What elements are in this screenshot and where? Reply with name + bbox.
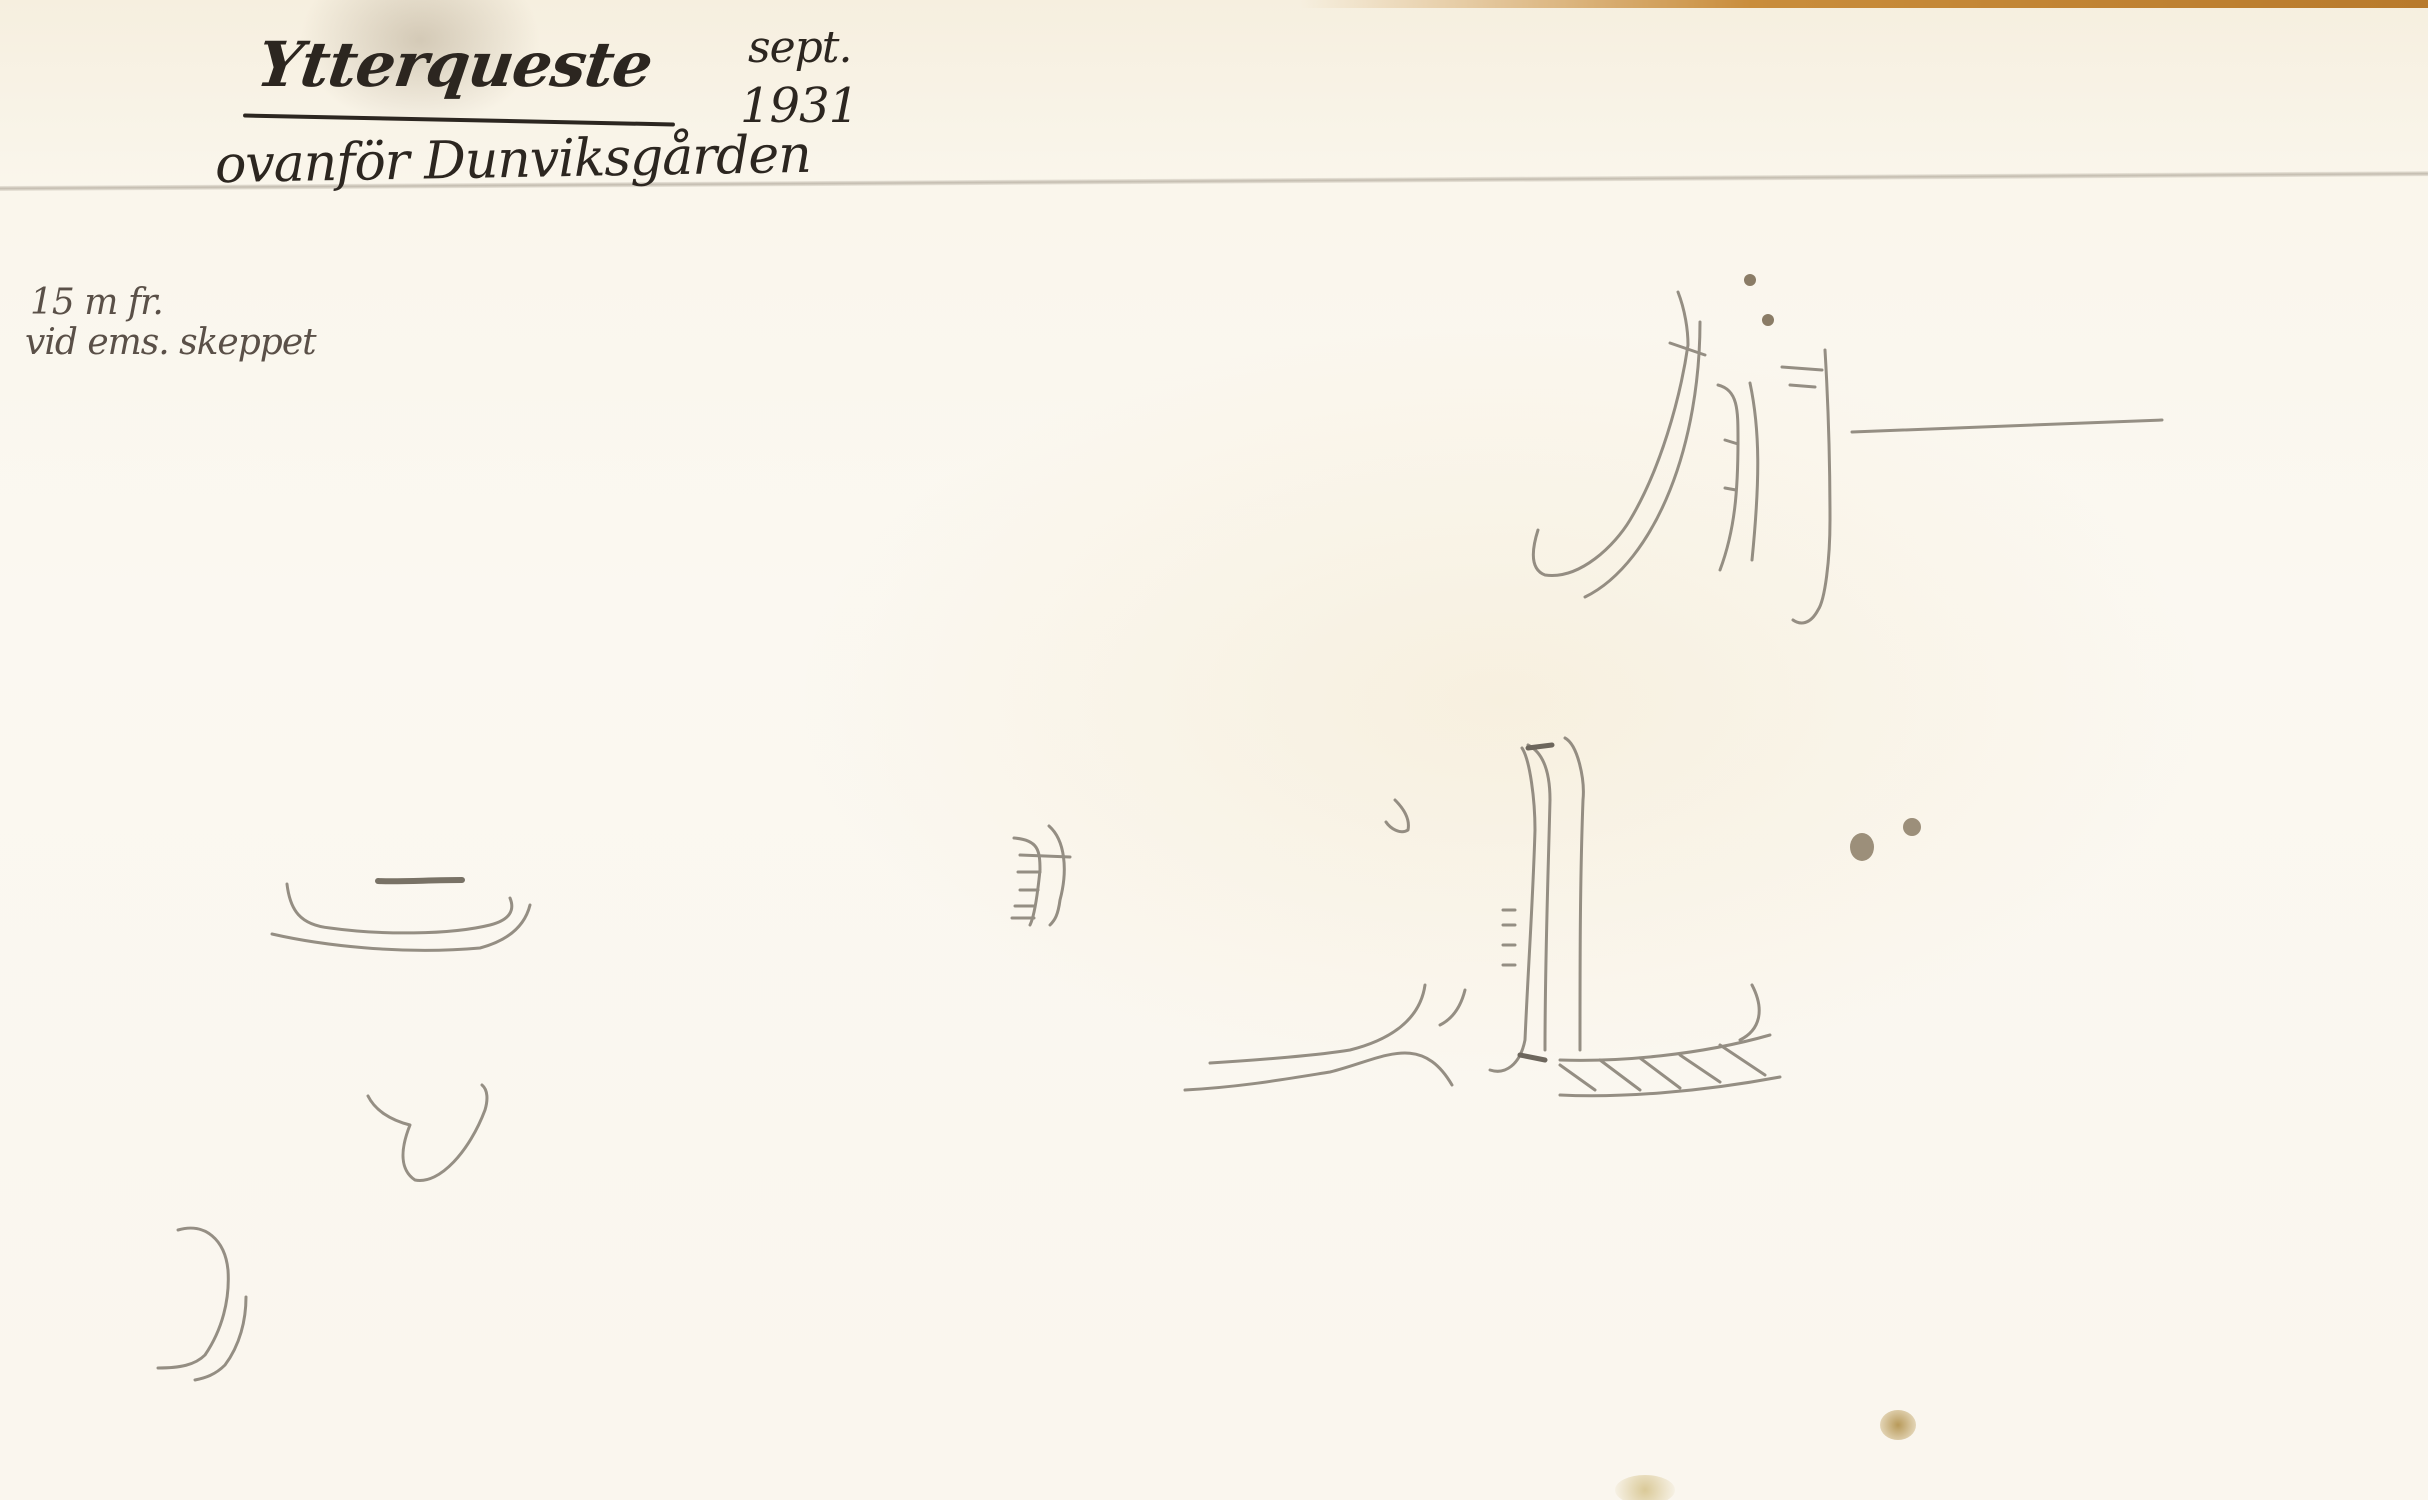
location-subtitle: ovanför Dunviksgården (215, 125, 812, 195)
paper-top-edge (1300, 0, 2428, 8)
paper-sheet (0, 0, 2428, 1500)
stain-spot (1615, 1475, 1675, 1500)
site-title: Ytterqueste (253, 28, 657, 101)
date-month: sept. (748, 22, 851, 73)
side-note-line2: vid ems. skeppet (25, 322, 316, 363)
stain-spot (1880, 1410, 1916, 1440)
side-note-line1: 15 m fr. (30, 282, 163, 323)
